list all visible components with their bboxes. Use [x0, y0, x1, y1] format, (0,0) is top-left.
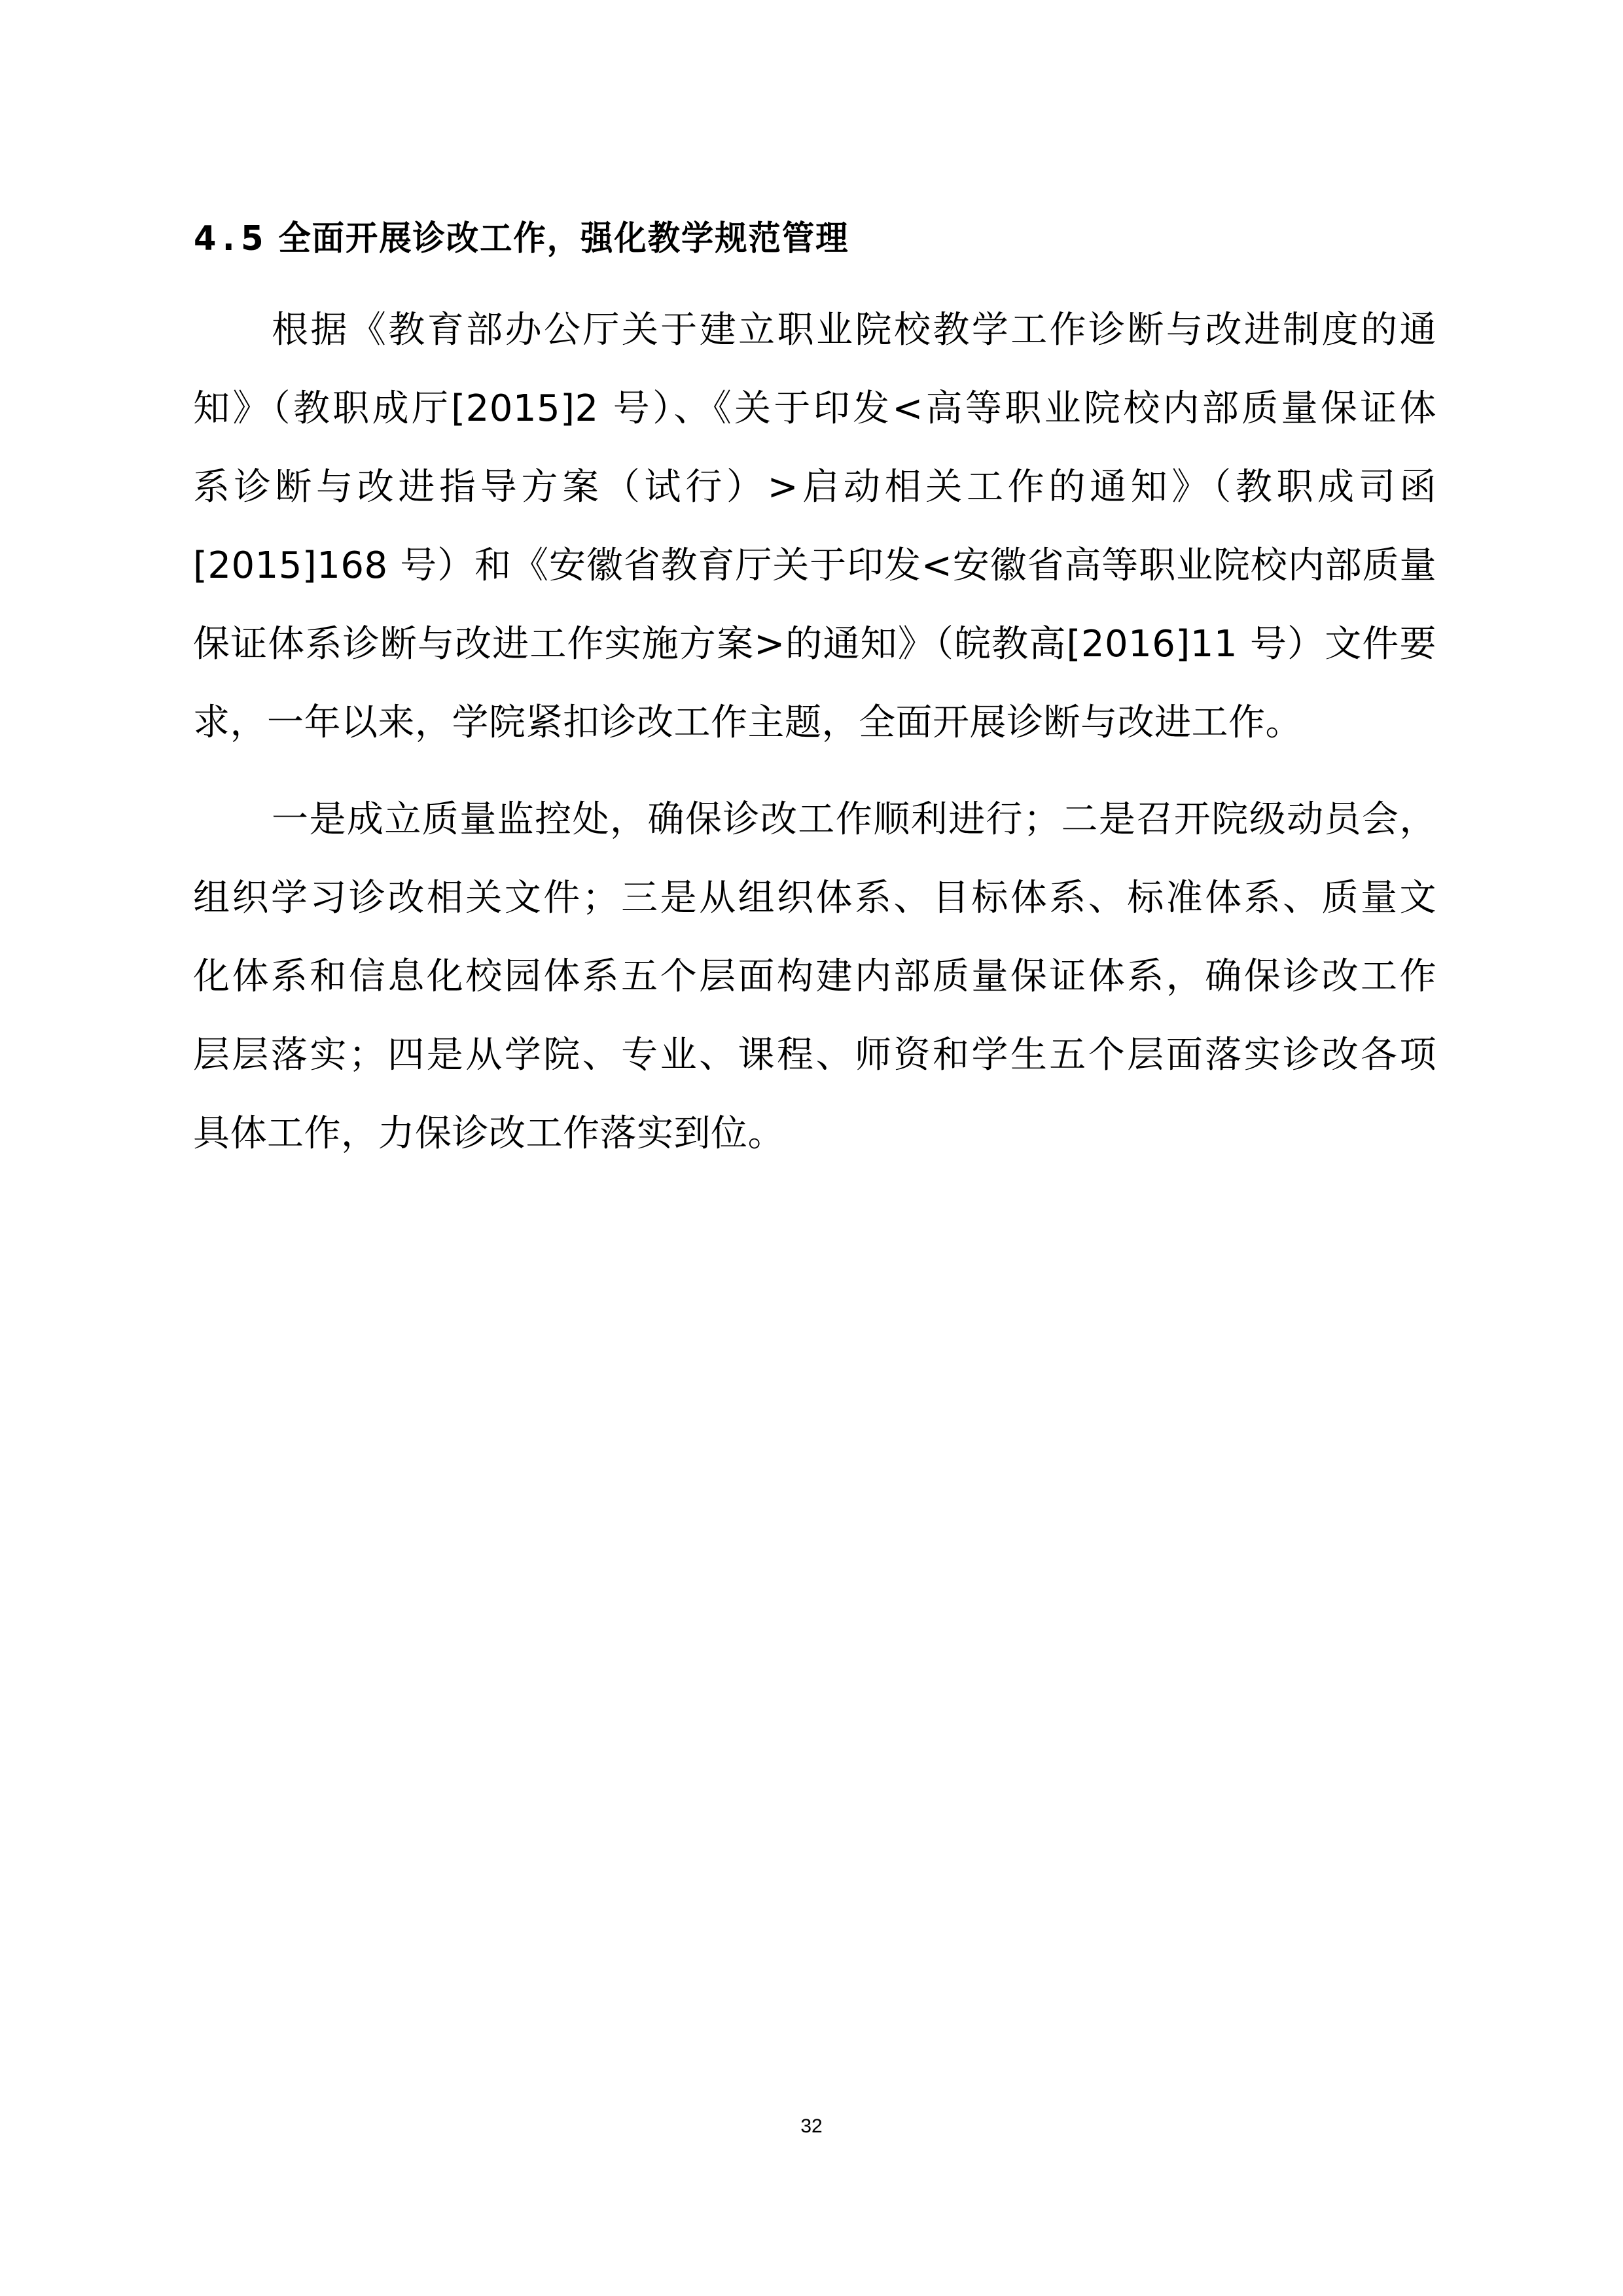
- paragraph-line: [2015]168 号）和《安徽省教育厅关于印发<安徽省高等职业院校内部质量: [193, 527, 1436, 605]
- paragraph-1: 根据《教育部办公厅关于建立职业院校教学工作诊断与改进制度的通 知》（教职成厅[2…: [193, 291, 1436, 762]
- paragraph-2: 一是成立质量监控处，确保诊改工作顺利进行；二是召开院级动员会， 组织学习诊改相关…: [193, 781, 1436, 1173]
- paragraph-line: 具体工作，力保诊改工作落实到位。: [193, 1095, 1436, 1173]
- paragraph-line: 化体系和信息化校园体系五个层面构建内部质量保证体系，确保诊改工作: [193, 938, 1436, 1016]
- section-heading: 4.5全面开展诊改工作，强化教学规范管理: [194, 213, 849, 265]
- paragraph-line: 知》（教职成厅[2015]2 号）、《关于印发<高等职业院校内部质量保证体: [193, 370, 1436, 448]
- page-number: 32: [0, 2113, 1623, 2140]
- paragraph-line: 根据《教育部办公厅关于建立职业院校教学工作诊断与改进制度的通: [193, 291, 1436, 370]
- section-title: 全面开展诊改工作，强化教学规范管理: [278, 219, 849, 258]
- paragraph-line: 一是成立质量监控处，确保诊改工作顺利进行；二是召开院级动员会，: [193, 781, 1436, 859]
- paragraph-line: 组织学习诊改相关文件；三是从组织体系、目标体系、标准体系、质量文: [193, 859, 1436, 938]
- paragraph-line: 保证体系诊断与改进工作实施方案>的通知》（皖教高[2016]11 号）文件要: [193, 605, 1436, 684]
- document-page: 4.5全面开展诊改工作，强化教学规范管理 根据《教育部办公厅关于建立职业院校教学…: [0, 0, 1623, 2296]
- paragraph-line: 系诊断与改进指导方案（试行）>启动相关工作的通知》（教职成司函: [193, 448, 1436, 527]
- paragraph-line: 求，一年以来，学院紧扣诊改工作主题，全面开展诊断与改进工作。: [193, 684, 1436, 762]
- section-number: 4.5: [194, 219, 270, 258]
- paragraph-line: 层层落实；四是从学院、专业、课程、师资和学生五个层面落实诊改各项: [193, 1016, 1436, 1095]
